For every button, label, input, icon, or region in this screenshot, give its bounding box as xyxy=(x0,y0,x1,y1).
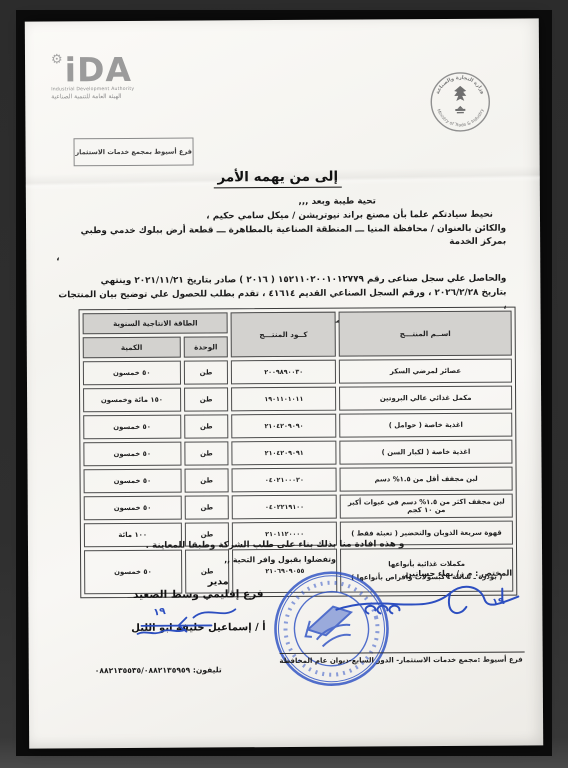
qty-cell: ٥٠ خمسون xyxy=(83,361,181,386)
handwritten-date-left: ١٩ xyxy=(153,606,167,619)
director-branch: فرع إقليمي وسط الصعيد xyxy=(114,588,282,601)
product-code-cell: ٠٤٠٢٢١٩١٠٠ xyxy=(232,495,337,520)
product-name-cell: اغذية خاصة ( لكبار السن ) xyxy=(339,440,512,465)
qty-cell: ٥٠ خمسون xyxy=(84,469,182,494)
qty-cell: ٥٠ خمسون xyxy=(84,496,182,521)
table-row: عصائر لمرضي السكر ٢٠٠٩٨٩٠٠٣٠ طن ٥٠ خمسون xyxy=(83,359,512,386)
product-code-cell: ١٩٠١١٠١٠١١ xyxy=(231,387,336,412)
ida-logo: ⚙ iDA Industrial Development Authority ا… xyxy=(51,55,181,101)
ida-name-en: Industrial Development Authority xyxy=(51,87,181,93)
col-header-product-code: كــود المنتـــج xyxy=(231,312,336,358)
col-header-capacity: الطاقة الانتاجية السنوية xyxy=(83,312,229,334)
unit-cell: طن xyxy=(184,468,229,492)
table-row: اغذية خاصة ( حوامل ) ٢١٠٤٢٠٩٠٩٠ طن ٥٠ خم… xyxy=(83,413,512,440)
table-row: اغذية خاصة ( لكبار السن ) ٢١٠٤٢٠٩٠٩١ طن … xyxy=(83,440,512,467)
footer-address: فرع أسيوط :مجمع خدمات الاستثمار- الدور ا… xyxy=(279,656,522,665)
table-row: مكمل غذائي عالي البروتين ١٩٠١١٠١٠١١ طن ١… xyxy=(83,386,512,413)
document-page: ⚙ iDA Industrial Development Authority ا… xyxy=(25,18,543,748)
product-name-cell: اغذية خاصة ( حوامل ) xyxy=(339,413,512,438)
ministry-seal: وزارة التجارة والصناعة Ministry of Trade… xyxy=(429,71,491,133)
unit-cell: طن xyxy=(184,387,229,411)
product-code-cell: ٢١٠٤٢٠٩٠٩١ xyxy=(232,441,337,466)
unit-cell: طن xyxy=(184,414,229,438)
product-code-cell: ٢١٠٤٢٠٩٠٩٠ xyxy=(232,414,337,439)
qty-cell: ١٥٠ مائة وخمسون xyxy=(83,388,181,413)
ida-name-ar: الهيئة العامة للتنمية الصناعية xyxy=(51,93,181,101)
col-header-product-name: اســم المنتـــج xyxy=(339,311,512,357)
product-name-cell: عصائر لمرضي السكر xyxy=(339,359,512,384)
product-name-cell: مكمل غذائي عالي البروتين xyxy=(339,386,512,411)
handwritten-date-right: ١٩ xyxy=(491,596,505,609)
unit-cell: طن xyxy=(184,441,229,465)
product-name-cell: لبن مجفف أقل من ١.٥% دسم xyxy=(340,467,513,492)
qty-cell: ٥٠ خمسون xyxy=(83,442,181,467)
gear-icon: ⚙ xyxy=(51,55,63,65)
page-title: إلى من يهمه الأمر xyxy=(213,169,342,189)
branch-office-box: فرع أسيوط بمجمع خدمات الاستثمار xyxy=(73,138,193,167)
col-header-qty: الكمية xyxy=(83,337,181,359)
body-line: ، xyxy=(56,250,506,267)
ida-acronym: iDA xyxy=(65,55,132,85)
product-code-cell: ٠٤٠٢١٠٠٠٢٠ xyxy=(232,468,337,493)
eagle-emblem-icon xyxy=(454,86,466,113)
product-code-cell: ٢٠٠٩٨٩٠٠٣٠ xyxy=(231,360,336,385)
body-line: والكائن بالعنوان / محافظة المنيا ـــ الم… xyxy=(56,222,506,252)
qty-cell: ٥٠ خمسون xyxy=(83,415,181,440)
footer-divider xyxy=(280,652,525,654)
table-row: لبن مجفف اكثر من ١.٥% دسم في عبوات أكبر … xyxy=(84,494,513,521)
product-name-cell: لبن مجفف اكثر من ١.٥% دسم في عبوات أكبر … xyxy=(340,494,513,519)
official-stamp xyxy=(268,565,395,692)
footer-phone: تليفون: ٠٨٨٢١٣٥٥٣٥/٠٨٨٢١٣٥٩٥٩ xyxy=(95,665,222,675)
unit-cell: طن xyxy=(184,495,229,519)
col-header-unit: الوحدة xyxy=(183,336,228,357)
stamp-eagle-icon xyxy=(300,603,357,650)
unit-cell: طن xyxy=(184,360,229,384)
table-header-row: اســم المنتـــج كــود المنتـــج الطاقة ا… xyxy=(83,311,512,335)
director-signature-stroke xyxy=(123,603,253,638)
table-row: لبن مجفف أقل من ١.٥% دسم ٠٤٠٢١٠٠٠٢٠ طن ٥… xyxy=(84,467,513,494)
